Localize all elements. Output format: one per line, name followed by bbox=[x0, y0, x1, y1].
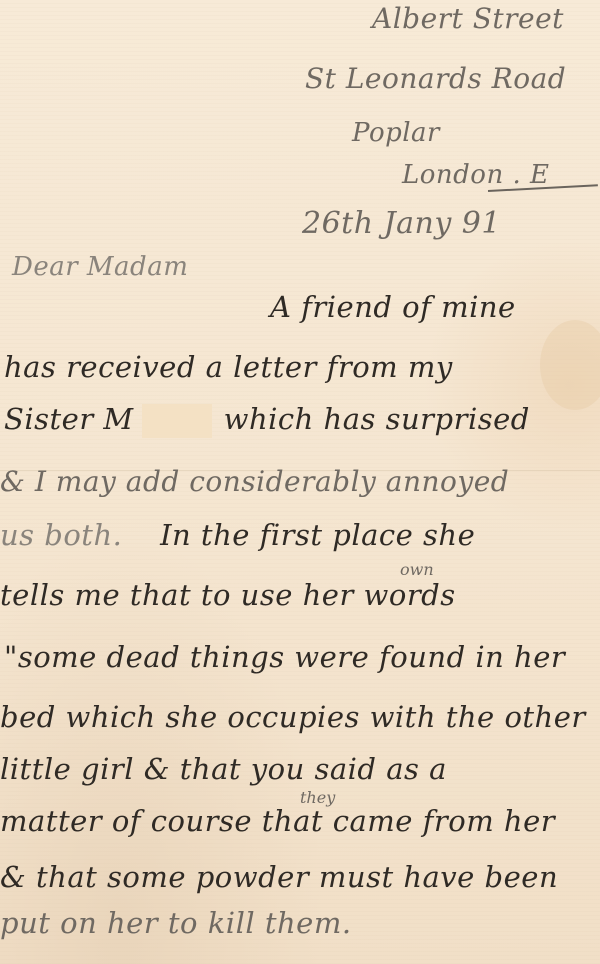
insertion-own: own bbox=[400, 560, 434, 579]
body-line-5: us both. In the first place she bbox=[0, 518, 475, 552]
address-line-1: Albert Street bbox=[372, 2, 564, 35]
letter-date: 26th Jany 91 bbox=[302, 206, 501, 241]
body-line-4: & I may add considerably annoyed bbox=[0, 465, 509, 498]
us-both-text: us both. bbox=[0, 518, 122, 552]
body-line-8: bed which she occupies with the other bbox=[0, 700, 586, 734]
body-line-9: little girl & that you said as a bbox=[0, 752, 447, 786]
address-line-3: Poplar bbox=[352, 118, 440, 148]
first-place-text: In the first place she bbox=[160, 518, 475, 552]
paper-stain bbox=[540, 320, 600, 410]
salutation: Dear Madam bbox=[12, 252, 188, 282]
matter-of-course-text: matter of course that bbox=[0, 804, 323, 838]
letter-page: Albert Street St Leonards Road Poplar Lo… bbox=[0, 0, 600, 964]
address-line-2: St Leonards Road bbox=[305, 62, 566, 95]
body-line-10: matter of course that came from her bbox=[0, 804, 555, 838]
words-text: words bbox=[364, 578, 456, 612]
redacted-name bbox=[142, 404, 212, 438]
came-from-her-text: came from her bbox=[333, 804, 555, 838]
sister-text: Sister M bbox=[4, 402, 134, 436]
address-line-4: London . E bbox=[402, 160, 549, 190]
body-line-11: & that some powder must have been bbox=[0, 860, 558, 894]
tells-me-text: tells me that to use her bbox=[0, 578, 354, 612]
body-line-6: tells me that to use her words bbox=[0, 578, 456, 612]
body-line-12: put on her to kill them. bbox=[0, 906, 352, 940]
which-surprised-text: which has surprised bbox=[224, 402, 530, 436]
body-line-2: has received a letter from my bbox=[4, 350, 453, 384]
body-line-3: Sister Mwhich has surprised bbox=[4, 402, 530, 438]
body-line-7: "some dead things were found in her bbox=[4, 640, 565, 674]
body-line-1: A friend of mine bbox=[270, 290, 516, 324]
